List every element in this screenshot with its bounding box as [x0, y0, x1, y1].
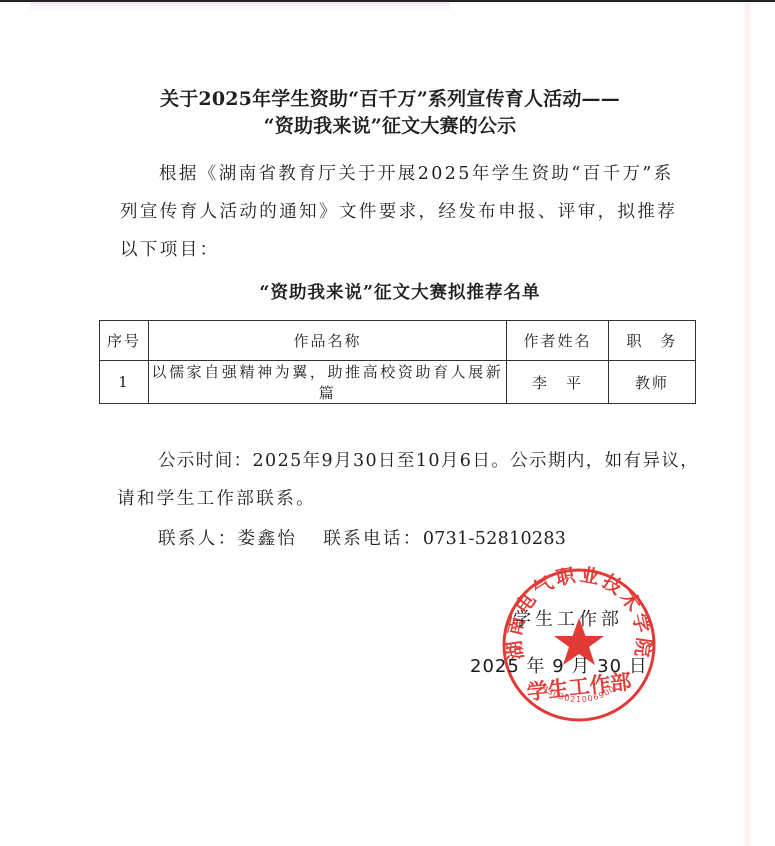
- notice-line2: 请和学生工作部联系。: [117, 485, 316, 510]
- signature-department: 学生工作部: [513, 605, 623, 631]
- document-title-line1: 关于2025年学生资助“百千万”系列宣传育人活动——: [100, 84, 680, 111]
- signature-date: 2025 年 9 月 30 日: [470, 652, 648, 678]
- document-page: 关于2025年学生资助“百千万”系列宣传育人活动—— “资助我来说”征文大赛的公…: [0, 0, 775, 846]
- contact-line: 联系人：娄鑫怡联系电话：0731-52810283: [158, 525, 566, 550]
- recommendation-list-title: “资助我来说”征文大赛拟推荐名单: [90, 279, 710, 304]
- cell-position: 教师: [609, 361, 696, 404]
- intro-line3: 以下项目：: [120, 236, 220, 261]
- contact-person: 娄鑫怡: [238, 529, 298, 549]
- table-row: 1 以儒家自强精神为翼，助推高校资助育人展新篇 李 平 教师: [100, 361, 696, 404]
- contact-phone-label: 联系电话：: [323, 529, 423, 549]
- notice-line1: 公示时间：2025年9月30日至10月6日。公示期内，如有异议，: [158, 447, 699, 472]
- official-seal-icon: 湖南电气职业技术学院 学生工作部 4303021006900: [500, 566, 658, 724]
- intro-line2: 列宣传育人活动的通知》文件要求，经发布申报、评审，拟推荐: [120, 198, 677, 223]
- header-author: 作者姓名: [507, 321, 609, 361]
- intro-line1: 根据《湖南省教育厅关于开展2025年学生资助“百千万”系: [159, 160, 674, 185]
- header-serial: 序号: [100, 321, 149, 361]
- recommendation-table: 序号 作品名称 作者姓名 职 务 1 以儒家自强精神为翼，助推高校资助育人展新篇…: [99, 320, 696, 404]
- header-position: 职 务: [609, 321, 696, 361]
- header-work-title: 作品名称: [149, 321, 507, 361]
- contact-phone: 0731-52810283: [423, 529, 566, 549]
- cell-serial: 1: [100, 361, 149, 404]
- contact-person-label: 联系人：: [158, 529, 238, 549]
- document-title-line2: “资助我来说”征文大赛的公示: [100, 111, 680, 138]
- cell-author: 李 平: [507, 361, 609, 404]
- cell-work-title: 以儒家自强精神为翼，助推高校资助育人展新篇: [149, 361, 507, 404]
- table-header-row: 序号 作品名称 作者姓名 职 务: [100, 321, 696, 361]
